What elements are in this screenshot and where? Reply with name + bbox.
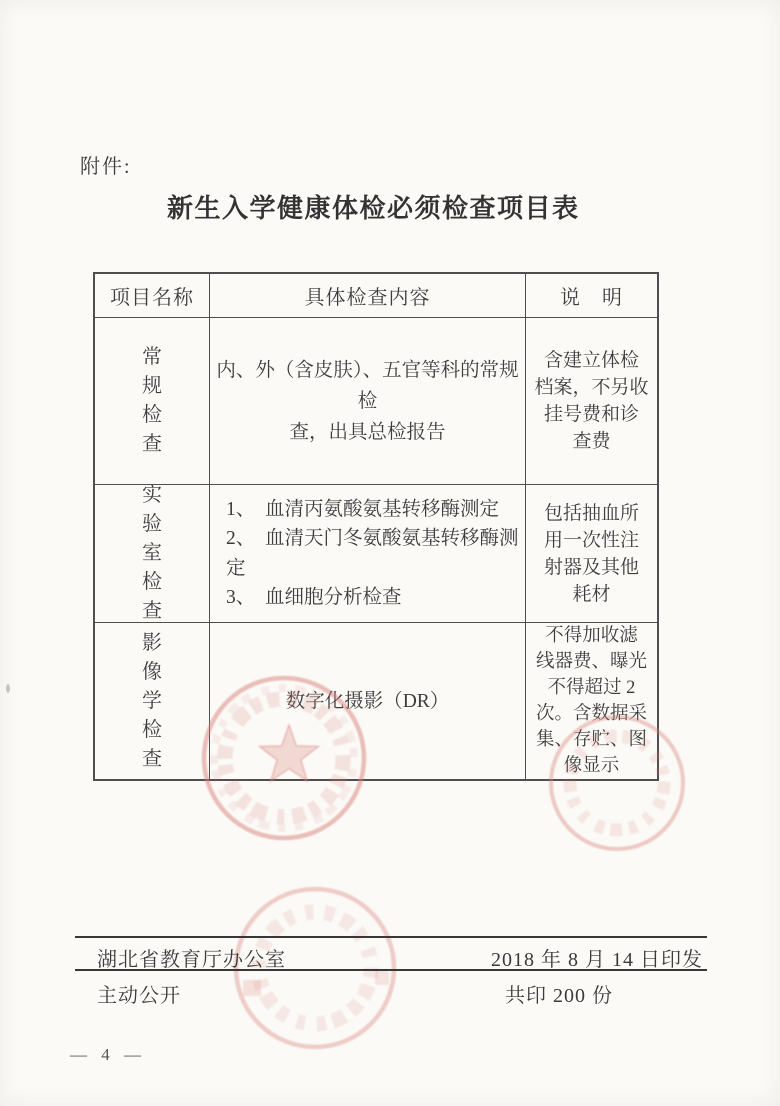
footer-issuer: 湖北省教育厅办公室 xyxy=(97,943,286,972)
row-lab-exam-content: 1、 血清丙氨酸氨基转移酶测定 2、 血清天门冬氨酸氨基转移酶测定 3、 血细胞… xyxy=(210,485,526,623)
row-routine-exam-name: 常 规 检 查 xyxy=(95,318,210,485)
row-imaging-exam-content: 数字化摄影（DR） xyxy=(210,623,526,779)
table-header-remarks: 说 明 xyxy=(526,274,657,318)
footer-divider-bottom xyxy=(75,969,707,971)
row-imaging-exam-name: 影 像 学 检 查 xyxy=(95,623,210,779)
exam-items-table: 项目名称 具体检查内容 说 明 常 规 检 查 内、外（含皮肤）、五官等科的常规… xyxy=(93,272,659,781)
footer-divider-top xyxy=(75,936,707,938)
footer-issue-date: 2018 年 8 月 14 日印发 xyxy=(491,943,703,972)
table-header-exam-content: 具体检查内容 xyxy=(210,274,526,318)
row-routine-exam-note: 含建立体检 档案，不另收 挂号费和诊 查费 xyxy=(526,318,657,485)
lab-item-1: 1、 血清丙氨酸氨基转移酶测定 xyxy=(226,495,499,525)
row-imaging-exam-note: 不得加收滤 线器费、曝光 不得超过 2 次。含数据采 集、存贮、图 像显示 xyxy=(526,623,657,779)
lab-item-3: 3、 血细胞分析检查 xyxy=(226,583,402,613)
footer-disclosure-label: 主动公开 xyxy=(97,979,181,1008)
row-lab-exam-name: 实 验 室 检 查 xyxy=(95,485,210,623)
page-number: — 4 — xyxy=(70,1045,146,1065)
scan-speck xyxy=(6,684,10,693)
attachment-label: 附件: xyxy=(80,150,132,179)
row-lab-exam-note: 包括抽血所 用一次性注 射器及其他 耗材 xyxy=(526,485,657,623)
table-header-item-name: 项目名称 xyxy=(95,274,210,318)
lab-item-2: 2、 血清天门冬氨酸氨基转移酶测定 xyxy=(226,524,525,583)
row-routine-exam-content: 内、外（含皮肤）、五官等科的常规检 查，出具总检报告 xyxy=(210,318,526,485)
footer-print-copies: 共印 200 份 xyxy=(505,979,613,1008)
scanned-document-page: 附件: 新生入学健康体检必须检查项目表 项目名称 具体检查内容 说 明 常 规 … xyxy=(0,0,780,1106)
document-title: 新生入学健康体检必须检查项目表 xyxy=(167,188,580,225)
